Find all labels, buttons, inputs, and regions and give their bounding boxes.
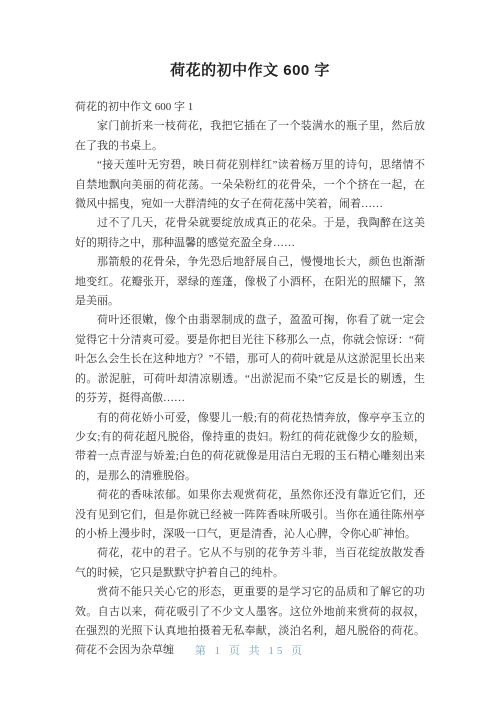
paragraph: 那箭般的花骨朵，争先恐后地舒展自己，慢慢地长大，颜色也渐渐地变红。花瓣张开，翠绿…	[75, 253, 425, 311]
document-page: 荷花的初中作文 600 字 荷花的初中作文 600 字 1家门前折来一枝荷花，我…	[0, 0, 500, 707]
document-body: 荷花的初中作文 600 字 1家门前折来一枝荷花，我把它插在了一个装满水的瓶子里…	[75, 98, 425, 661]
paragraph: 荷叶还很嫩，像个由翡翠制成的盘子，盈盈可掬，你看了就一定会觉得它十分清爽可爱。要…	[75, 311, 425, 408]
paragraph: 荷花的初中作文 600 字 1	[75, 98, 425, 117]
document-title: 荷花的初中作文 600 字	[75, 60, 425, 82]
paragraph: 家门前折来一枝荷花，我把它插在了一个装满水的瓶子里，然后放在了我的书桌上。	[75, 117, 425, 156]
paragraph: 荷花的香味浓郁。如果你去观赏荷花，虽然你还没有靠近它们，还没有见到它们，但是你就…	[75, 486, 425, 544]
paragraph: 有的荷花娇小可爱，像婴儿一般;有的荷花热情奔放，像亭亭玉立的少女;有的荷花超凡脱…	[75, 409, 425, 487]
paragraph: “接天莲叶无穷碧，映日荷花别样红”读着杨万里的诗句，思绪情不自禁地飘向美丽的荷花…	[75, 156, 425, 214]
paragraph: 荷花，花中的君子。它从不与别的花争芳斗菲，当百花绽放散发香气的时候，它只是默默守…	[75, 544, 425, 583]
pagination: 第 1 页 共 15 页	[195, 645, 305, 657]
page-footer: 第 1 页 共 15 页	[0, 641, 500, 659]
paragraph: 过不了几天，花骨朵就要绽放成真正的花朵。于是，我陶醉在这美好的期待之中，那种温馨…	[75, 214, 425, 253]
